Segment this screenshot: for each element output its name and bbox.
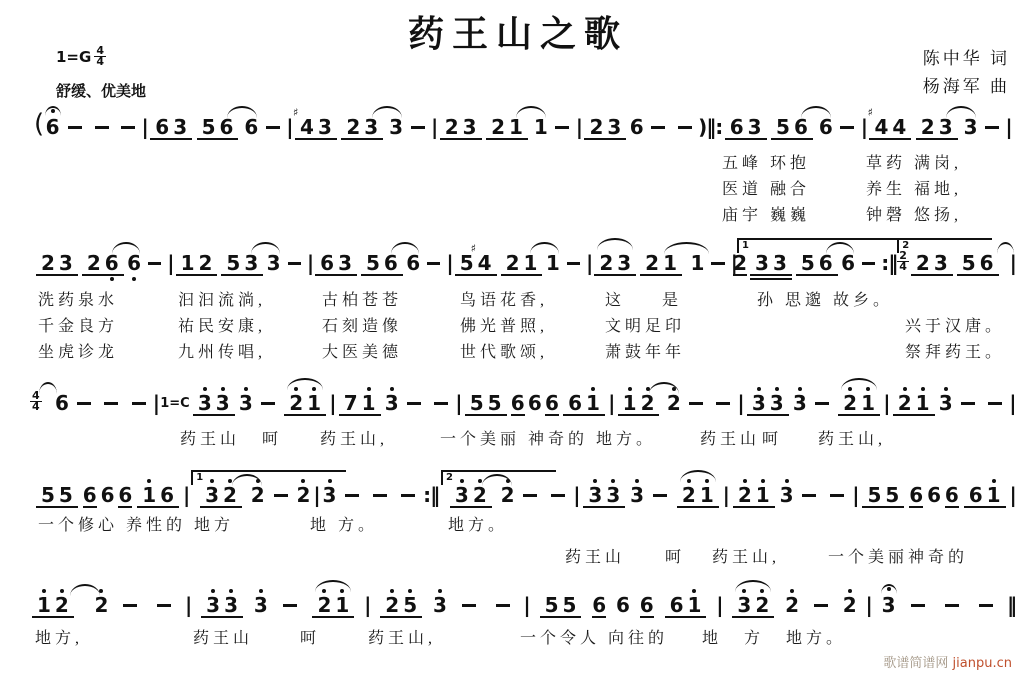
note-digit: 2 [589,116,603,138]
note-digit: 2 [599,252,613,274]
barline: | [723,484,729,506]
watermark-site-name: 歌谱简谱网 [883,656,952,671]
note-digit: 1 [987,484,1001,506]
dash-rest [407,402,421,405]
barline: | [1009,484,1015,506]
dash-rest [261,402,275,405]
note-digit: 6 [640,594,654,616]
note: 3 [606,472,620,506]
barline: | [153,392,159,414]
note-digit: 1 [623,392,637,414]
octave-dot-low [132,277,136,281]
note-digit: 6 [616,594,630,616]
note-digit: 3 [216,392,230,414]
watermark-url: jianpu.cn [953,656,1012,671]
note-upper-area [45,104,61,116]
note-digit: 3 [617,252,631,274]
note-digit: 5 [226,252,240,274]
note: 3 [881,582,897,616]
dash-rest [802,494,816,497]
barline: | [183,484,189,506]
note: 6 [320,240,334,274]
beam-group: 12 [32,582,74,618]
barline: | [852,484,858,506]
lyric-segment: 是 [662,287,682,310]
note: 6 [640,582,654,618]
beam-group: 23 [440,104,482,140]
note-digit: 2 [473,484,487,506]
time-signature: 44 [30,391,42,412]
watermark: 歌谱简谱网 jianpu.cn [883,652,1012,671]
beam-group: 4♯3 [295,104,337,140]
dash-rest [716,402,730,405]
lyric-segment: 医道 融合 [722,176,810,199]
note: 3 [433,582,447,616]
note: 3 [793,380,807,414]
dash-rest [830,494,844,497]
dash-rest [840,126,854,129]
barline: | [313,484,319,506]
note-digit: 3 [793,392,807,414]
lyric-segment: 大医美德 [322,339,402,362]
note-digit: 3 [748,116,762,138]
slur-beam-group: 21 [838,380,880,416]
lyric-segment: 古柏苍苍 [322,287,402,310]
lyric-segment: 一个美丽 神奇的 地方。 [440,426,656,449]
note: 1 [181,240,195,274]
dash-rest [434,402,448,405]
barline: | [586,252,592,274]
note-digit: 6 [406,252,420,274]
page-title: 药王山之歌 [0,6,1036,57]
dash-rest [985,126,999,129]
note: 2 [385,582,399,616]
note-digit: 3 [385,392,399,414]
lyric-segment: 药王山 [565,544,625,567]
note: 3 [59,240,73,274]
note-digit: 2 [41,252,55,274]
score-line: 446|1=C33321|713|5566661|122|33321|213| [30,380,1016,426]
note-digit: 2 [785,594,799,616]
note-digit: 3 [755,252,769,274]
barline: | [716,594,722,616]
note-digit: 2 [916,252,930,274]
note-digit: 2 [491,116,505,138]
note: 6 [730,104,744,138]
beam-group: 55 [862,472,904,508]
lyric-segment: 孙 思邈 故乡。 [757,287,893,310]
note: 3 [607,104,621,138]
note-digit: 1 [534,116,548,138]
barline: | [861,116,867,138]
note-digit: 3 [224,594,238,616]
note-digit: 2 [921,116,935,138]
note-digit: 6 [841,252,855,274]
note-digit: 5 [545,594,559,616]
note: 5 [488,380,502,414]
beam-group: 16 [137,472,179,508]
note-digit: 3 [455,484,469,506]
barline: | [576,116,582,138]
note-digit: 3 [244,252,258,274]
time-denominator: 4 [897,262,909,272]
note: 6 [511,380,525,416]
note: 7 [344,380,358,414]
lyric-segment: 呵 [262,426,282,449]
dash-rest [555,126,569,129]
note-digit: 1 [335,594,349,616]
note: 6 [55,380,69,414]
barline: | [185,594,191,616]
sharp-icon: ♯ [867,108,872,118]
note-digit: 6 [83,484,97,506]
note-digit: 5 [202,116,216,138]
note: 2 [506,240,520,274]
note: 4♯ [874,104,888,138]
note-digit: 1 [181,252,195,274]
dash-rest [288,262,301,265]
note: 1 [916,380,930,414]
score-line: (6|63566|4♯3233|23211|236)‖:63566|4♯4233… [34,104,1012,150]
lyric-segment: 一个美丽神奇的 [828,544,968,567]
lyric-segment: 呵 [762,426,782,449]
note: 2 [843,582,857,616]
barline: ( [34,112,43,136]
note-digit: 6 [244,116,258,138]
dash-rest [961,402,975,405]
note-digit: 6 [528,392,542,414]
barline: | [455,392,461,414]
lyric-segment: 兴于汉唐。 [905,313,1005,336]
note-digit: 3 [267,252,281,274]
key-change: 1=C [160,396,189,411]
note: 4♯ [300,104,314,138]
note-digit: 5 [867,484,881,506]
note-digit: 3 [323,484,337,506]
note: 6 [630,104,644,138]
note-digit: 6 [980,252,994,274]
dash-rest [427,262,440,265]
dash-rest [945,604,959,607]
note-digit: 2 [223,484,237,506]
beam-group: 33 [583,472,625,508]
note-digit: 1 [362,392,376,414]
dash-rest [979,604,993,607]
note-digit: 2 [445,116,459,138]
dash-rest [266,126,280,129]
note-digit: 6 [819,252,833,274]
note-digit: 2 [682,484,696,506]
lyric-segment: 钟磬 悠扬, [866,202,962,225]
beam-group: 21 [733,472,775,508]
note-digit: 3 [780,484,794,506]
lyric-segment: 养生 福地, [866,176,962,199]
note-digit: 4 [874,116,888,138]
note-digit: 6 [909,484,923,506]
lyric-segment: 方 [744,625,764,648]
note: 3 [939,380,953,414]
beam-group: 61 [563,380,605,416]
lyric-segment: 药王山, [818,426,886,449]
note-digit: 5 [366,252,380,274]
lyric-segment: 坐虎诊龙 [38,339,118,362]
note: 3 [338,240,352,274]
lyric-segment: 萧鼓年年 [605,339,685,362]
tempo-marking: 舒缓、优美地 [56,80,146,101]
note: 5 [867,472,881,506]
note-digit: 1 [756,484,770,506]
beam-group: 71 [339,380,381,416]
barline: | [523,594,529,616]
note-digit: 2 [501,484,515,506]
note: 3 [463,104,477,138]
dash-rest [68,126,82,129]
note: 2 [346,104,360,138]
barline: | [737,392,743,414]
lyric-segment: 呵 [665,544,685,567]
note: 6 [945,472,959,508]
note-digit: 1 [546,252,560,274]
dash-rest [551,494,565,497]
note: 2 [445,104,459,138]
lyric-segment: 千金良方 [38,313,118,336]
note-digit: 6 [384,252,398,274]
dash-rest [689,402,703,405]
note-digit: 2 [645,252,659,274]
barline: | [883,392,889,414]
note-digit: 6 [592,594,606,616]
sharp-icon: ♯ [293,108,298,118]
note-digit: 7 [344,392,358,414]
note-digit: 3 [934,252,948,274]
lyric-segment: 药王山, [320,426,388,449]
note: 3 [385,380,399,414]
barline: | [865,594,871,616]
dash-rest [862,262,875,265]
lyric-segment: 世代歌颂, [460,339,548,362]
time-signature: 4 4 [94,46,106,67]
note: 3 [198,380,212,414]
note: 6 [909,472,923,508]
dash-rest [678,126,692,129]
beam-group: 55 [465,380,507,416]
note-digit: 1 [690,252,704,274]
beam-group: 21 [893,380,935,416]
lyric-segment: 汩汩流淌, [178,287,266,310]
dash-rest [157,604,171,607]
note: 3 [173,104,187,138]
lyric-segment: 草药 满岗, [866,150,962,173]
note-digit: 6 [320,252,334,274]
note-digit: 6 [105,252,119,274]
note: 1 [987,472,1001,506]
dash-rest [911,604,925,607]
note-digit: 2 [738,484,752,506]
note-digit: 2 [346,116,360,138]
note-digit: 3 [59,252,73,274]
time-denominator: 4 [30,402,42,412]
note-digit: 2 [289,392,303,414]
note-digit: 3 [939,392,953,414]
note-digit: 5 [470,392,484,414]
note-digit: 5 [488,392,502,414]
note: 2 [599,240,613,274]
note-digit: 1 [307,392,321,414]
note-digit: 5 [885,484,899,506]
key-label: 1=G [56,48,91,66]
note-digit: 4 [300,116,314,138]
note-digit: 2 [843,392,857,414]
note-digit: 1 [861,392,875,414]
note-digit: 6 [511,392,525,414]
note-digit: 2 [95,594,109,616]
note-digit: 6 [969,484,983,506]
note: 2 [755,582,769,616]
note: 3 [206,582,220,616]
beam-group: 63 [315,240,357,276]
fermata-icon [881,584,897,594]
note-digit: 6 [46,116,60,138]
note: 3 [239,380,253,414]
barline: | [167,252,173,274]
note-digit: 5 [563,594,577,616]
note: 3 [318,104,332,138]
note-digit: 6 [819,116,833,138]
lyric-segment: 地方。 [448,512,508,535]
beam-group: 55 [540,582,582,618]
note: 6 [160,472,174,506]
lyric-segment: 药王山 [193,625,253,648]
note-digit: 6 [730,116,744,138]
lyric-segment: 药王山 [700,426,760,449]
score-line: 23266|12533|63566|54♯211|23211|1233566:‖… [34,240,1016,286]
note-digit: 3 [737,594,751,616]
note-digit: 1 [509,116,523,138]
note-digit: 2 [251,484,265,506]
lyricist-credit: 陈中华 词 [923,44,1010,69]
dash-rest [132,402,146,405]
note: 2 [785,582,799,616]
note-digit: 3 [205,484,219,506]
note: 5 [366,240,380,274]
barline: | [286,116,292,138]
note: 2 [589,104,603,138]
note: 5 [563,582,577,616]
barline: | [446,252,452,274]
note: 5 [776,104,790,138]
beam-group: 23 [36,240,78,276]
note: 3 [216,380,230,414]
note-digit: 5 [59,484,73,506]
dash-rest [651,126,665,129]
note-digit: 1 [916,392,930,414]
note-digit: 2 [667,392,681,414]
note: 2 [645,240,659,274]
note: 6 [568,380,582,414]
note-digit: 3 [433,594,447,616]
dash-rest [373,494,387,497]
slur-beam-group: 21 [284,380,326,416]
dash-rest [274,494,288,497]
lyric-segment: 鸟语花香, [460,287,548,310]
score-line: 122|33321|253|5566661|3222|3‖ [30,582,1016,628]
note: 3 [752,380,766,414]
note: 1 [586,380,600,414]
note: 2 [738,472,752,506]
note-digit: 2 [733,252,747,274]
beam-group: 23 [584,104,626,140]
beam-group: 33 [747,380,789,416]
barline: | [329,392,335,414]
note: 6 [670,582,684,616]
note-digit: 1 [687,594,701,616]
beam-group: 4♯4 [869,104,911,140]
note-digit: 3 [607,116,621,138]
note: 1 [623,380,637,414]
note: 3 [748,104,762,138]
note: 2 [199,240,213,274]
dash-rest [401,494,415,497]
barline: | [431,116,437,138]
note-digit: 1 [524,252,538,274]
dash-rest [462,604,476,607]
note-digit: 2 [843,594,857,616]
barline: | [142,116,148,138]
note: 5 [403,582,417,616]
barline: | [573,484,579,506]
dash-rest [653,494,667,497]
barline: )‖: [698,116,722,138]
lyric-segment: 这 [605,287,625,310]
note: 6 [83,472,97,508]
sharp-icon: ♯ [471,244,476,254]
note-digit: 6 [630,116,644,138]
note-digit: 1 [663,252,677,274]
dash-rest [711,262,724,265]
note-digit: 6 [927,484,941,506]
note: 2 [289,380,303,414]
lyric-segment: 药王山, [368,625,436,648]
note-digit: 2 [641,392,655,414]
lyric-segment: 地方, [35,625,83,648]
barline: :‖ [423,484,439,506]
note-digit: 3 [630,484,644,506]
note-digit: 4 [478,252,492,274]
note: 5 [545,582,559,616]
note-digit: 3 [588,484,602,506]
note: 2 [317,582,331,616]
note-digit: 3 [752,392,766,414]
note: 4♯ [478,240,492,274]
tie-arc [997,242,1014,254]
note-digit: 6 [545,392,559,414]
beam-group: 61 [964,472,1006,508]
lyric-segment: 五峰 环抱 [722,150,810,173]
note: 6 [616,582,630,616]
note-digit: 2 [755,594,769,616]
beam-group: 63 [150,104,192,140]
note: 4 [892,104,906,138]
note-digit: 4 [892,116,906,138]
note-digit: 5 [41,484,55,506]
note-digit: 3 [389,116,403,138]
dash-rest [283,604,297,607]
note: 2 [898,380,912,414]
lyric-segment: 药王山, [712,544,780,567]
note: 1 [861,380,875,414]
note: 1 [700,472,714,506]
note-digit: 6 [160,484,174,506]
